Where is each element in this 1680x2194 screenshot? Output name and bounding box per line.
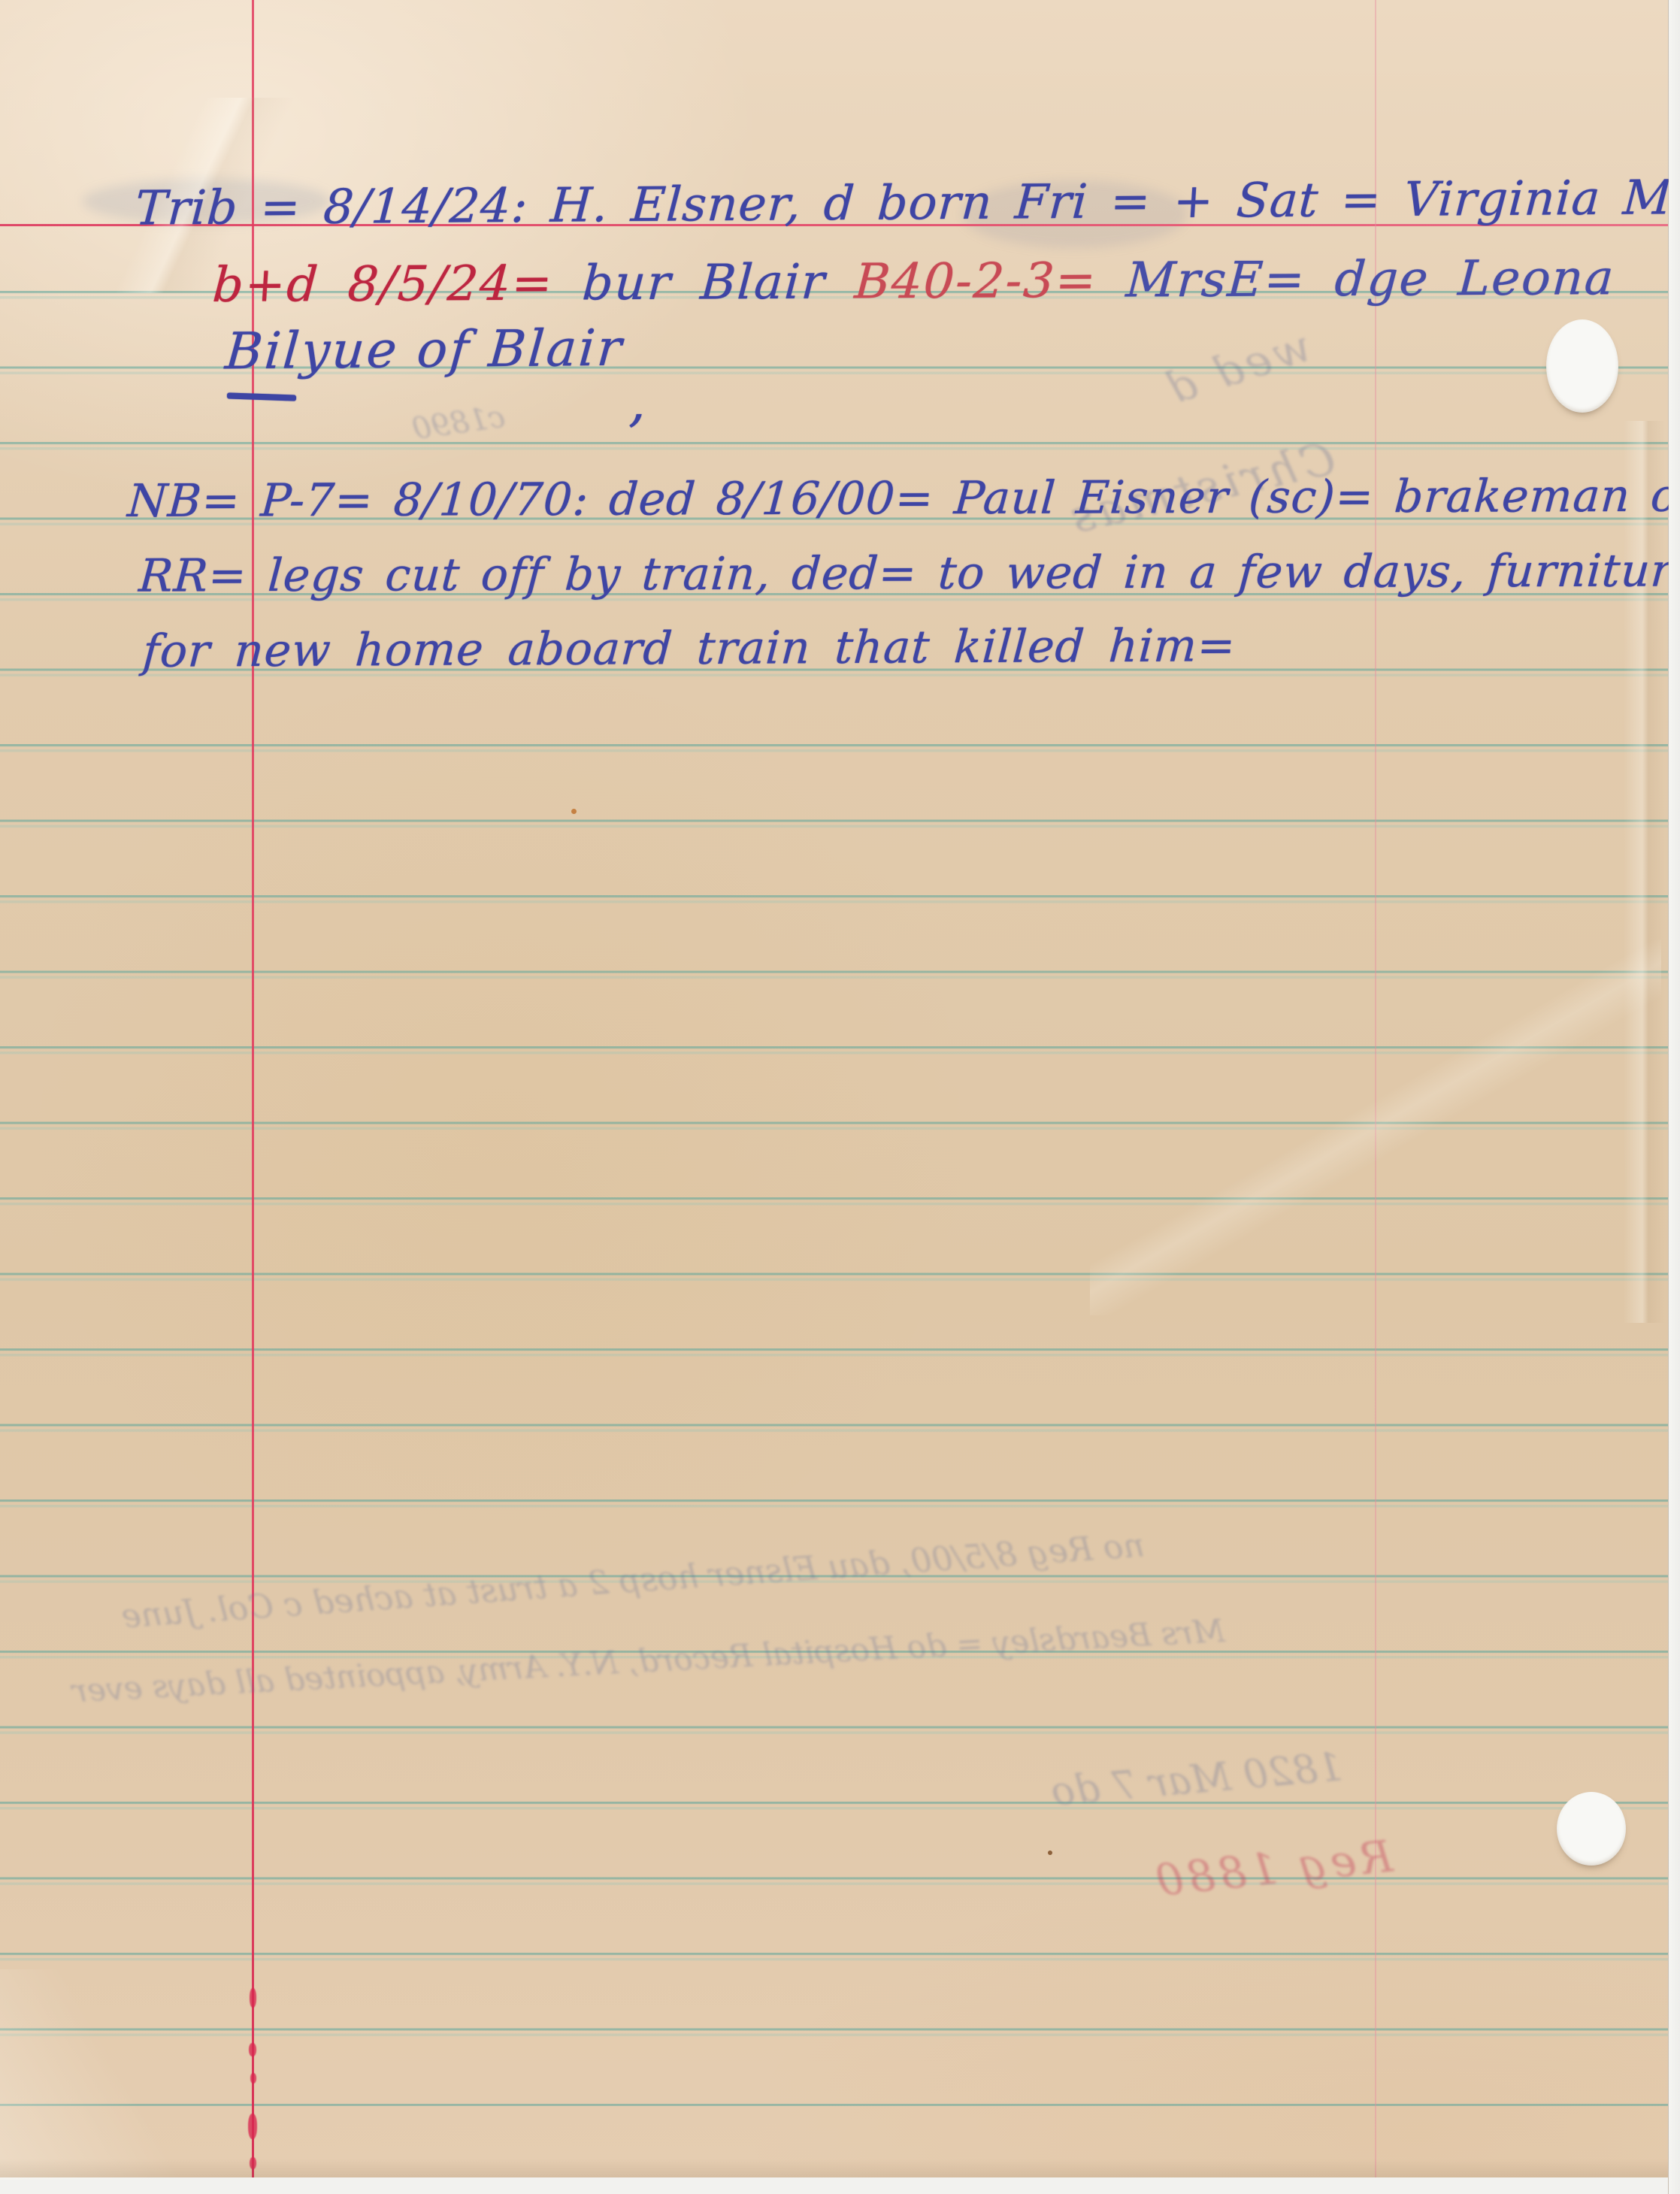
handwriting-line-3-comma: , — [628, 370, 646, 433]
line3-text: Bilyue of Blair — [223, 319, 626, 381]
scanner-strip-bottom — [0, 2177, 1680, 2194]
handwriting-line-1: Trib = 8/14/24: H. Elsner, d born Fri = … — [134, 169, 1680, 235]
margin-line-ink-blot — [250, 1988, 256, 2008]
punch-hole-top — [1546, 319, 1618, 413]
line2-burial-place-blue: bur Blair — [552, 254, 856, 311]
line1-text: Trib = 8/14/24: H. Elsner, d born Fri = … — [134, 169, 1680, 235]
paper-speck-2 — [1048, 1851, 1052, 1855]
line2-plot-number-red: B40-2-3= — [853, 253, 1128, 310]
scanner-strip-right — [1668, 0, 1680, 2194]
punch-hole-bottom — [1557, 1792, 1626, 1866]
handwriting-line-6: for new home aboard train that killed hi… — [141, 619, 1238, 678]
handwriting-line-3: Bilyue of Blair — [223, 319, 626, 381]
line3-comma-text: , — [628, 370, 646, 433]
scanned-document-page: wed d Christmas c1890 no Reg 8/5/00, dau… — [0, 0, 1680, 2194]
margin-line-ink-blot — [250, 2073, 256, 2084]
paper-bottom-edge-shadow — [0, 2159, 1668, 2177]
paper-speck-1 — [571, 809, 577, 814]
line2-burial-date-red: b+d 8/5/24= — [211, 256, 555, 313]
handwriting-line-5: RR= legs cut off by train, ded= to wed i… — [138, 544, 1680, 602]
margin-line-ink-blot — [249, 2043, 256, 2056]
handwriting-line-4: NB= P-7= 8/10/70: ded 8/16/00= Paul Eisn… — [126, 469, 1680, 528]
line4-text: NB= P-7= 8/10/70: ded 8/16/00= Paul Eisn… — [126, 469, 1680, 528]
line6-text: for new home aboard train that killed hi… — [141, 619, 1238, 678]
line5-text: RR= legs cut off by train, ded= to wed i… — [138, 544, 1680, 602]
margin-line-ink-blot — [248, 2114, 257, 2139]
handwriting-line-2: b+d 8/5/24= bur Blair B40-2-3= MrsE= dge… — [211, 250, 1617, 313]
line2-widow-name-blue: MrsE= dge Leona — [1125, 250, 1617, 308]
